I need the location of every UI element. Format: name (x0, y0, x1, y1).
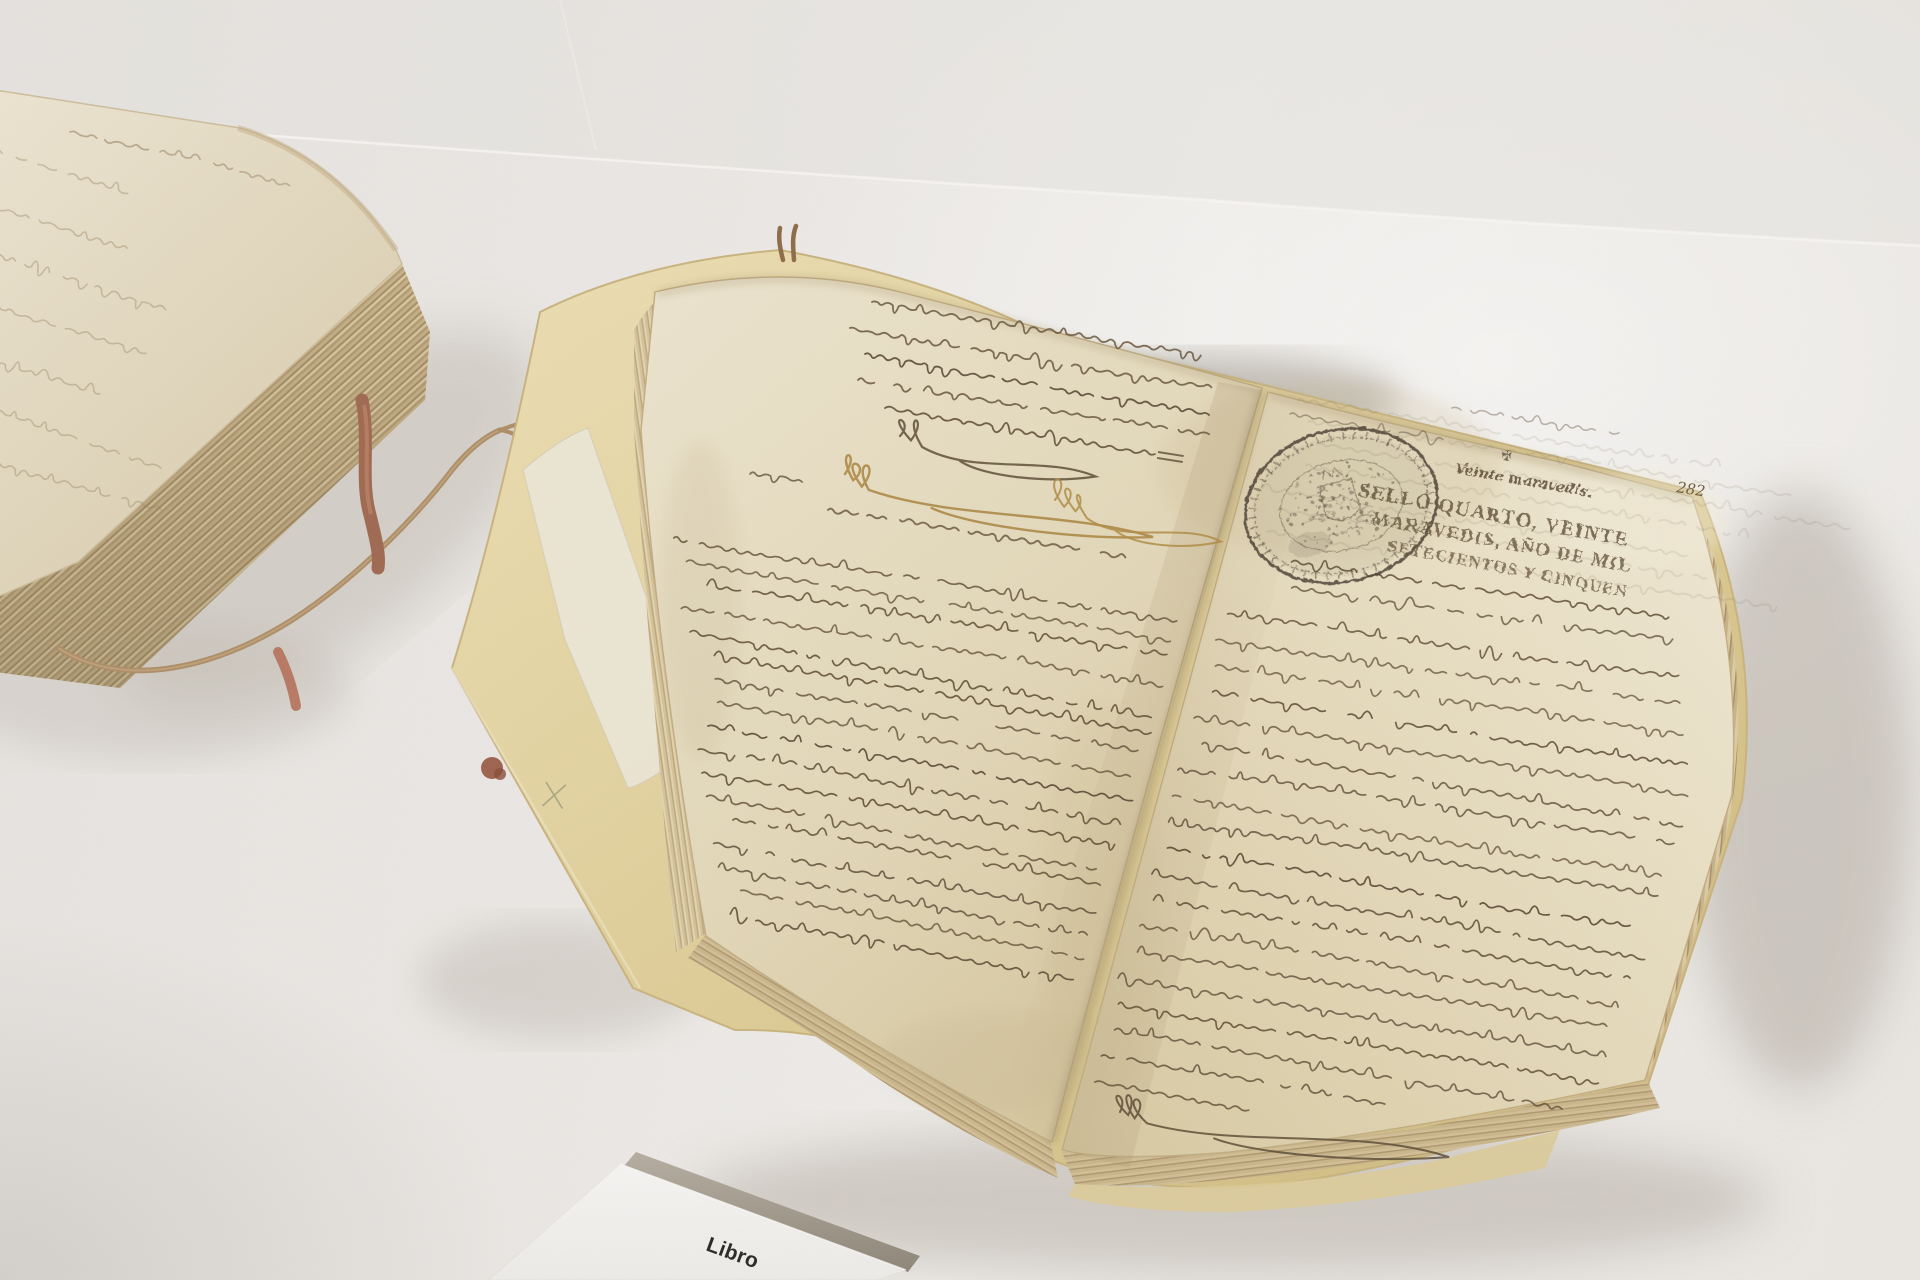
museum-display-photo: ✠ Veinte maravedis. SELLO QUARTO, VEINTE… (0, 0, 1920, 1280)
photo-grain (0, 0, 1920, 1280)
photo-canvas: ✠ Veinte maravedis. SELLO QUARTO, VEINTE… (0, 0, 1920, 1280)
